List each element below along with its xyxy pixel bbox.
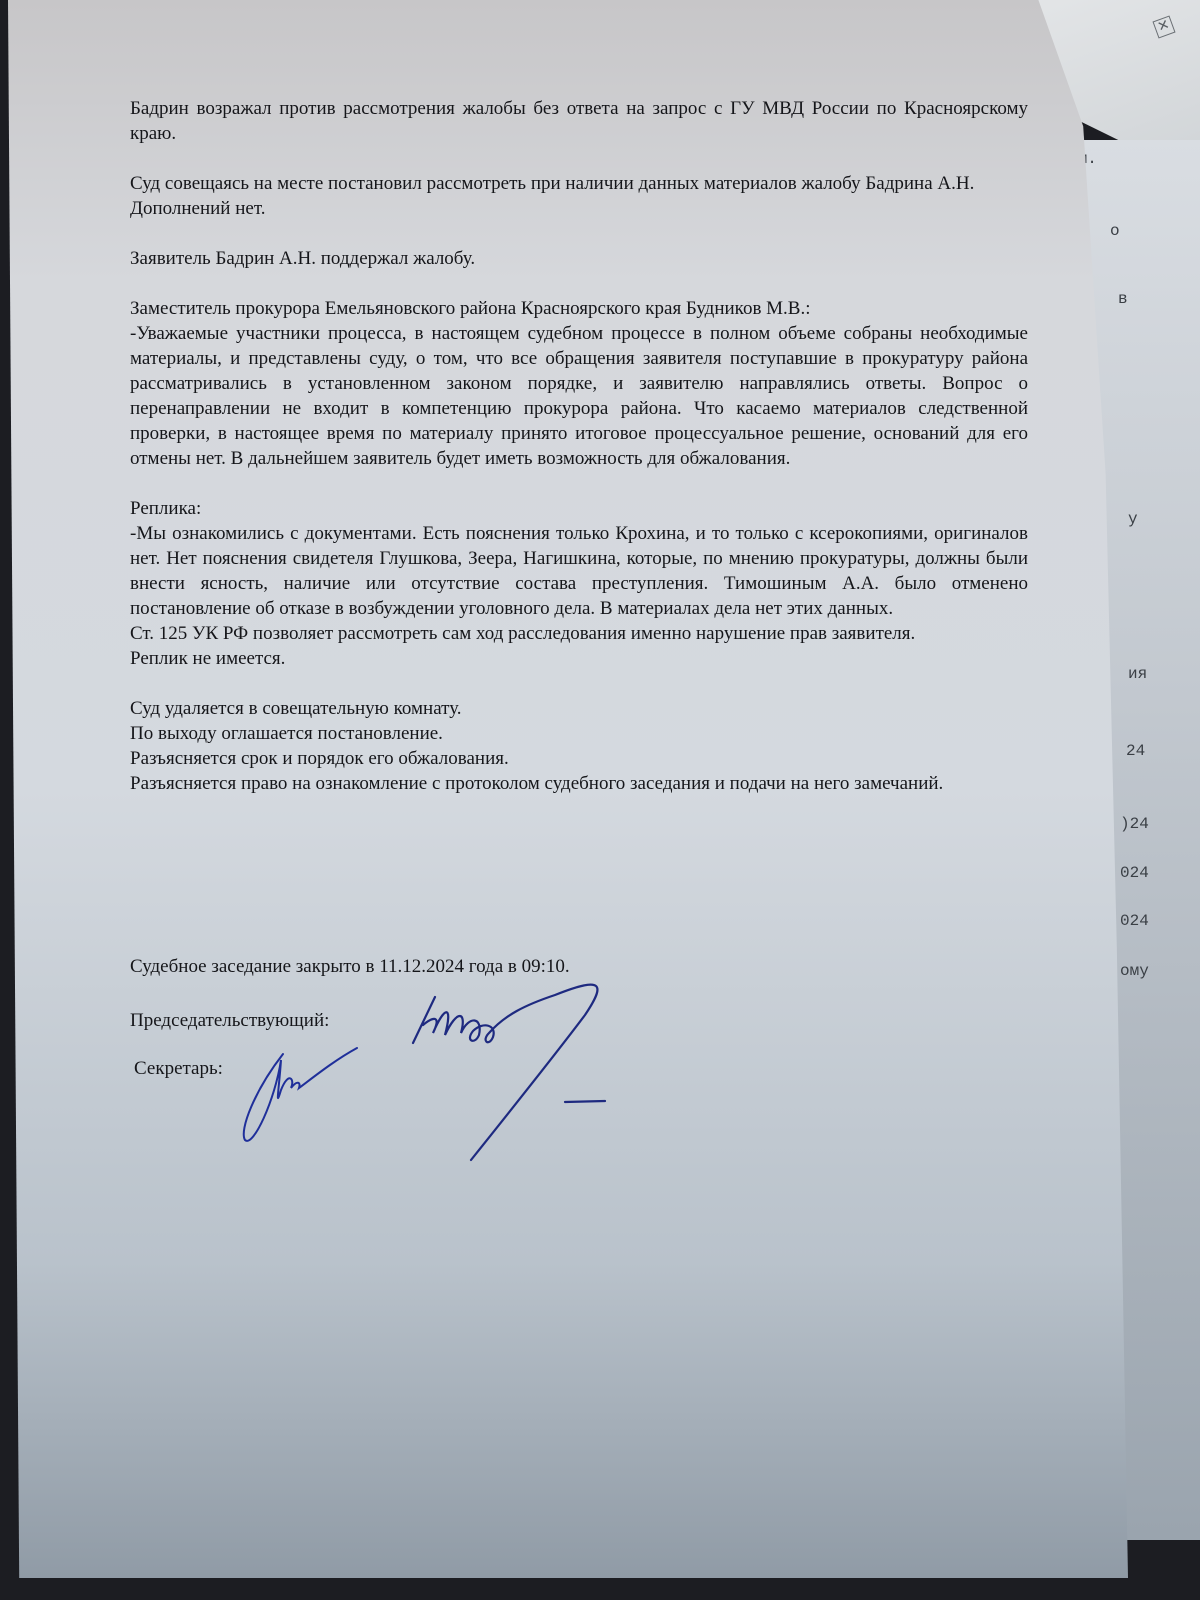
paragraph-objection: Бадрин возражал против рассмотрения жало… <box>130 96 1028 146</box>
background-text-fragment: о <box>1110 222 1120 240</box>
background-text-fragment: ия <box>1128 665 1147 683</box>
paragraph-court-decision: Суд совещаясь на месте постановил рассмо… <box>130 171 1028 196</box>
paragraph-reply-heading: Реплика: <box>130 496 1028 521</box>
paragraph-no-additions: Дополнений нет. <box>130 196 1028 221</box>
paragraph-protocol-rights: Разъясняется право на ознакомление с про… <box>130 771 1028 796</box>
secretary-signature <box>235 1040 365 1150</box>
paragraph-deliberation: Суд удаляется в совещательную комнату. <box>130 696 1028 721</box>
paragraph-reply-speech: -Мы ознакомились с документами. Есть поя… <box>130 521 1028 621</box>
paragraph-ruling-announced: По выходу оглашается постановление. <box>130 721 1028 746</box>
background-text-fragment: 024 <box>1120 864 1149 882</box>
paragraph-no-replies: Реплик не имеется. <box>130 646 1028 671</box>
background-text-fragment: у <box>1128 510 1138 528</box>
background-text-fragment: ому <box>1120 962 1149 980</box>
background-text-fragment: )24 <box>1120 815 1149 833</box>
background-text-fragment: в <box>1118 290 1128 308</box>
paragraph-appeal-terms: Разъясняется срок и порядок его обжалова… <box>130 746 1028 771</box>
paragraph-article-125: Ст. 125 УК РФ позволяет рассмотреть сам … <box>130 621 1028 646</box>
document-sheet: Бадрин возражал против рассмотрения жало… <box>8 0 1128 1578</box>
presiding-judge-label: Председательствующий: <box>130 1010 329 1032</box>
paragraph-prosecutor-heading: Заместитель прокурора Емельяновского рай… <box>130 296 1028 321</box>
document-body: Бадрин возражал против рассмотрения жало… <box>130 96 1028 796</box>
secretary-label: Секретарь: <box>134 1058 223 1080</box>
paragraph-applicant-support: Заявитель Бадрин А.Н. поддержал жалобу. <box>130 246 1028 271</box>
background-text-fragment: 024 <box>1120 912 1149 930</box>
background-text-fragment: 24 <box>1126 742 1145 760</box>
presiding-judge-signature <box>405 975 625 1165</box>
paragraph-prosecutor-speech: -Уважаемые участники процесса, в настоящ… <box>130 321 1028 471</box>
